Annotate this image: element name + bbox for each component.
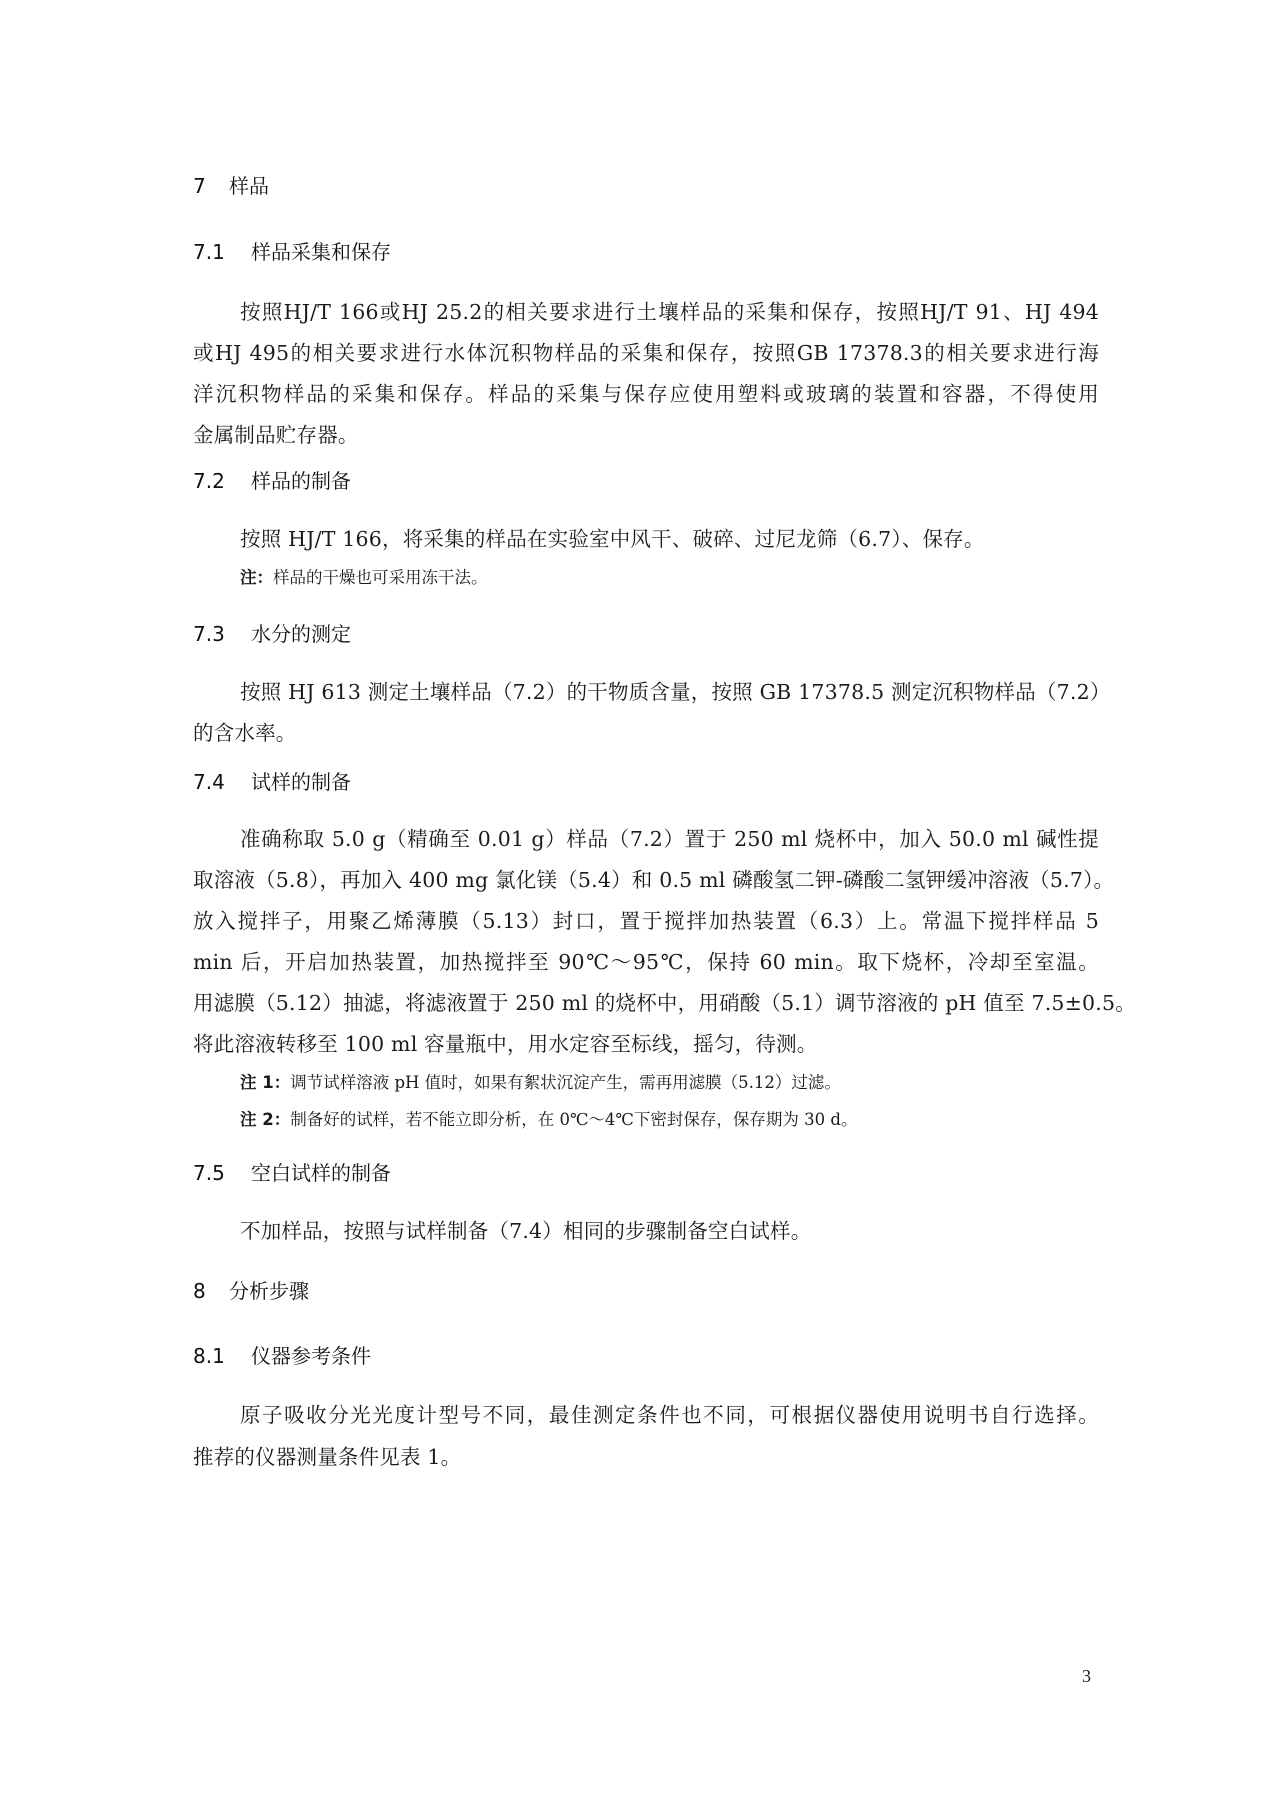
paragraph-line: 洋沉积物样品的采集和保存。样品的采集与保存应使用塑料或玻璃的装置和容器，不得使用 [193, 377, 1099, 407]
section-title: 仪器参考条件 [251, 1344, 371, 1368]
section-title: 样品采集和保存 [251, 240, 391, 264]
paragraph-line: 按照 HJ 613 测定土壤样品（7.2）的干物质含量，按照 GB 17378.… [240, 675, 1099, 705]
note-label: 注： [240, 568, 273, 587]
section-title: 试样的制备 [251, 770, 351, 794]
section-number: 7.2 [193, 469, 251, 493]
section-heading-7-3: 7.3水分的测定 [193, 618, 351, 647]
section-title: 分析步骤 [229, 1279, 309, 1303]
page-number: 3 [1082, 1666, 1091, 1687]
note-2: 注 2：制备好的试样，若不能立即分析，在 0℃～4℃下密封保存，保存期为 30 … [240, 1106, 857, 1130]
section-heading-8: 8分析步骤 [193, 1275, 309, 1304]
section-number: 8.1 [193, 1344, 251, 1368]
section-heading-7-4: 7.4试样的制备 [193, 766, 351, 795]
note-label: 注 2： [240, 1110, 290, 1129]
section-title: 样品的制备 [251, 469, 351, 493]
section-title: 样品 [229, 174, 269, 198]
section-heading-7: 7样品 [193, 170, 269, 199]
note-text: 制备好的试样，若不能立即分析，在 0℃～4℃下密封保存，保存期为 30 d。 [290, 1110, 857, 1129]
section-number: 8 [193, 1279, 229, 1303]
paragraph-line: 放入搅拌子，用聚乙烯薄膜（5.13）封口，置于搅拌加热装置（6.3）上。常温下搅… [193, 904, 1099, 934]
paragraph-line: 将此溶液转移至 100 ml 容量瓶中，用水定容至标线，摇匀，待测。 [193, 1027, 1099, 1057]
paragraph-line: 按照 HJ/T 166，将采集的样品在实验室中风干、破碎、过尼龙筛（6.7）、保… [240, 522, 1099, 552]
paragraph-line: 原子吸收分光光度计型号不同，最佳测定条件也不同，可根据仪器使用说明书自行选择。 [240, 1398, 1099, 1428]
paragraph-line: 或HJ 495的相关要求进行水体沉积物样品的采集和保存，按照GB 17378.3… [193, 336, 1099, 366]
section-number: 7.3 [193, 622, 251, 646]
section-number: 7 [193, 174, 229, 198]
section-heading-7-1: 7.1样品采集和保存 [193, 236, 391, 265]
paragraph-line: 用滤膜（5.12）抽滤，将滤液置于 250 ml 的烧杯中，用硝酸（5.1）调节… [193, 986, 1099, 1016]
section-number: 7.5 [193, 1161, 251, 1185]
paragraph-line: 的含水率。 [193, 716, 1099, 746]
section-title: 水分的测定 [251, 622, 351, 646]
section-heading-7-5: 7.5空白试样的制备 [193, 1157, 391, 1186]
document-page: 7样品 7.1样品采集和保存 按照HJ/T 166或HJ 25.2的相关要求进行… [0, 0, 1280, 1810]
note-label: 注 1： [240, 1073, 290, 1092]
note-1: 注 1：调节试样溶液 pH 值时，如果有絮状沉淀产生，需再用滤膜（5.12）过滤… [240, 1069, 841, 1093]
paragraph-line: 不加样品，按照与试样制备（7.4）相同的步骤制备空白试样。 [240, 1214, 1099, 1244]
section-number: 7.4 [193, 770, 251, 794]
paragraph-line: 准确称取 5.0 g（精确至 0.01 g）样品（7.2）置于 250 ml 烧… [240, 822, 1099, 852]
section-number: 7.1 [193, 240, 251, 264]
note: 注：样品的干燥也可采用冻干法。 [240, 564, 488, 588]
paragraph-line: min 后，开启加热装置，加热搅拌至 90℃～95℃，保持 60 min。取下烧… [193, 945, 1099, 975]
paragraph-line: 金属制品贮存器。 [193, 418, 1099, 448]
paragraph-line: 推荐的仪器测量条件见表 1。 [193, 1440, 1099, 1470]
note-text: 调节试样溶液 pH 值时，如果有絮状沉淀产生，需再用滤膜（5.12）过滤。 [290, 1073, 841, 1092]
paragraph-line: 取溶液（5.8），再加入 400 mg 氯化镁（5.4）和 0.5 ml 磷酸氢… [193, 863, 1099, 893]
section-heading-7-2: 7.2样品的制备 [193, 465, 351, 494]
section-title: 空白试样的制备 [251, 1161, 391, 1185]
note-text: 样品的干燥也可采用冻干法。 [273, 568, 488, 587]
paragraph-line: 按照HJ/T 166或HJ 25.2的相关要求进行土壤样品的采集和保存，按照HJ… [240, 295, 1099, 325]
section-heading-8-1: 8.1仪器参考条件 [193, 1340, 371, 1369]
